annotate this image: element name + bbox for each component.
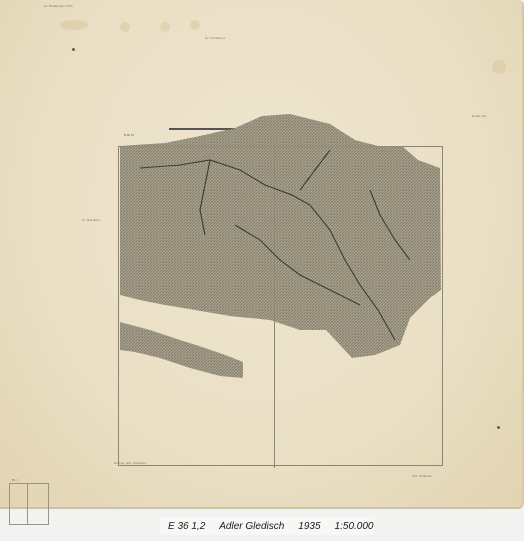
sheet-index-divider — [27, 484, 28, 524]
sheet-index-label: Bl. 1 — [12, 478, 19, 482]
terrain-relief — [0, 0, 524, 507]
sheet-scale: 1:50.000 — [335, 521, 374, 532]
sheet-index-box: Bl. 1 — [9, 483, 49, 525]
sheet-title: Adler Gledisch — [219, 521, 284, 532]
pin-hole — [72, 48, 75, 51]
sheet-code: E 36 1,2 — [168, 521, 205, 532]
map-sheet: Gr. Baumeister 1935 Gr. Uschkurov Gr. Bo… — [0, 0, 524, 509]
sheet-year: 1935 — [298, 521, 320, 532]
catalog-label: E 36 1,2 Adler Gledisch 1935 1:50.000 — [160, 517, 374, 535]
pin-hole — [497, 426, 500, 429]
